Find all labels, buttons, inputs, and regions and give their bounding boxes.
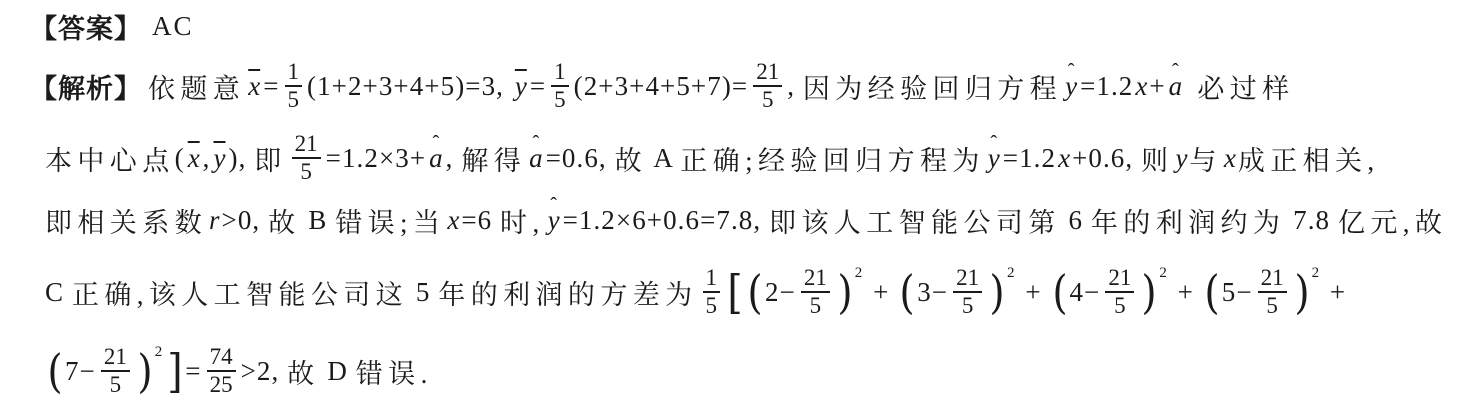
answer-value: AC (152, 11, 194, 42)
math-text: + (865, 277, 897, 308)
chinese-text: 与 (1189, 139, 1221, 178)
math-text: =1.2×3+ (326, 143, 427, 174)
mean-variable: y (212, 143, 228, 174)
chinese-text: 因为经验回归方程 (803, 67, 1062, 106)
math-variable: x (1222, 143, 1238, 174)
solution-document: 【答案】 AC 【解析】依题意x=15(1+2+3+4+5)=3, y=15(2… (0, 0, 1472, 405)
math-text: >0, (222, 205, 269, 236)
chinese-text: 故 (268, 201, 300, 240)
chinese-text: 正确,该人工智能公司这 (72, 273, 408, 312)
math-text: = (185, 356, 201, 387)
exponent: 2 (155, 344, 163, 361)
delimiter: ) (1294, 269, 1309, 315)
fraction: 215 (953, 265, 982, 319)
exponent: 2 (1007, 265, 1015, 282)
math-text: + (1322, 277, 1346, 308)
fraction: 215 (101, 344, 130, 398)
chinese-text: 则 (1141, 139, 1173, 178)
exponent: 2 (855, 265, 863, 282)
fraction: 215 (801, 265, 830, 319)
math-text: (2+3+4+5+7)= (574, 71, 749, 102)
fraction: 215 (1258, 265, 1287, 319)
math-text: D (320, 356, 356, 387)
mean-variable: x (186, 143, 202, 174)
hat-variable: ˆy (546, 205, 562, 236)
math-variable: x (1133, 71, 1149, 102)
math-text: 5 (408, 277, 438, 308)
fraction: 7425 (207, 344, 236, 398)
analysis-line-1: 【解析】依题意x=15(1+2+3+4+5)=3, y=15(2+3+4+5+7… (0, 48, 1472, 124)
answer-label: 【答案】 (30, 7, 142, 46)
fraction: 15 (703, 265, 721, 319)
chinese-text: 解得 (461, 139, 526, 178)
hat-variable: ˆa (427, 143, 445, 174)
math-variable: r (207, 205, 222, 236)
fraction: 215 (1105, 265, 1134, 319)
analysis-line-4: C 正确,该人工智能公司这 5 年的利润的方差为15[(2−215)2 + (3… (0, 248, 1472, 336)
math-text: =0.6, (546, 143, 615, 174)
math-text: , (446, 143, 462, 174)
math-variable: y (1173, 143, 1189, 174)
math-text: = (530, 71, 546, 102)
math-text: 5− (1222, 277, 1253, 308)
chinese-text: 依题意 (148, 67, 245, 106)
math-text: +0.6, (1072, 143, 1141, 174)
math-text: + (1170, 277, 1202, 308)
math-text: + (1149, 71, 1165, 102)
math-text: C (45, 277, 72, 308)
math-text: 7− (65, 356, 96, 387)
delimiter: ] (168, 348, 183, 394)
math-text: 4− (1069, 277, 1100, 308)
delimiter: ( (900, 269, 915, 315)
math-text: (1+2+3+4+5)=3, (307, 71, 512, 102)
math-text: =6 (461, 205, 500, 236)
chinese-text: 正确;经验回归方程为 (680, 139, 985, 178)
hat-variable: ˆa (527, 143, 545, 174)
mean-variable: x (246, 71, 262, 102)
fraction: 215 (292, 131, 321, 185)
delimiter: ) (137, 348, 152, 394)
math-text: + (1018, 277, 1050, 308)
chinese-text: 错误. (356, 352, 433, 391)
delimiter: [ (727, 269, 742, 315)
chinese-text: 错误;当 (335, 201, 445, 240)
chinese-text: 本中心点 (45, 139, 175, 178)
fraction: 15 (285, 59, 303, 113)
delimiter: ( (1052, 269, 1067, 315)
hat-variable: ˆy (1063, 71, 1079, 102)
delimiter: ) (989, 269, 1004, 315)
math-text: , (203, 143, 211, 174)
chinese-text: 年的利润的方差为 (438, 273, 697, 312)
exponent: 2 (1312, 265, 1320, 282)
delimiter: ( (747, 269, 762, 315)
chinese-text: 成正相关, (1238, 139, 1380, 178)
math-text: 2− (765, 277, 796, 308)
math-text: =1.2×6+0.6=7.8, (563, 205, 769, 236)
chinese-text: 故 (287, 352, 319, 391)
delimiter: ) (837, 269, 852, 315)
hat-variable: ˆy (986, 143, 1002, 174)
chinese-text: 即该人工智能公司第 (769, 201, 1061, 240)
analysis-line-3: 即相关系数r>0, 故 B 错误;当x=6 时,ˆy=1.2×6+0.6=7.8… (0, 192, 1472, 248)
hat-variable: ˆa (1167, 71, 1185, 102)
math-text: 3− (917, 277, 948, 308)
math-text: =1.2 (1003, 143, 1056, 174)
analysis-line-5: (7−215)2]=7425>2, 故 D 错误. (0, 336, 1472, 405)
chinese-text: 年的利润约为 (1091, 201, 1285, 240)
math-text: 6 (1061, 205, 1091, 236)
exponent: 2 (1159, 265, 1167, 282)
chinese-text: 必过样 (1185, 67, 1294, 106)
mean-variable: y (513, 71, 529, 102)
math-text: ( (175, 143, 185, 174)
chinese-text: 亿元,故 (1338, 201, 1447, 240)
fraction: 215 (753, 59, 782, 113)
chinese-text: 故 (615, 139, 647, 178)
math-text: , (787, 71, 803, 102)
math-text: >2, (241, 356, 288, 387)
chinese-text: 即 (254, 139, 286, 178)
math-text: 7.8 (1285, 205, 1338, 236)
analysis-line-2: 本中心点(x,y), 即215=1.2×3+ˆa, 解得ˆa=0.6, 故 A … (0, 124, 1472, 192)
fraction: 15 (551, 59, 569, 113)
delimiter: ( (47, 348, 62, 394)
chinese-text: 即相关系数 (45, 201, 207, 240)
math-text: =1.2 (1080, 71, 1133, 102)
delimiter: ( (1204, 269, 1219, 315)
math-variable: x (1056, 143, 1072, 174)
math-text: = (263, 71, 279, 102)
section-label: 【解析】 (30, 67, 142, 106)
math-text: B (300, 205, 335, 236)
math-variable: x (445, 205, 461, 236)
chinese-text: 时, (500, 201, 545, 240)
analysis-section: 【解析】依题意x=15(1+2+3+4+5)=3, y=15(2+3+4+5+7… (0, 48, 1472, 405)
math-text: A (647, 143, 680, 174)
delimiter: ) (1142, 269, 1157, 315)
math-text: ), (229, 143, 255, 174)
answer-line: 【答案】 AC (0, 0, 1472, 48)
